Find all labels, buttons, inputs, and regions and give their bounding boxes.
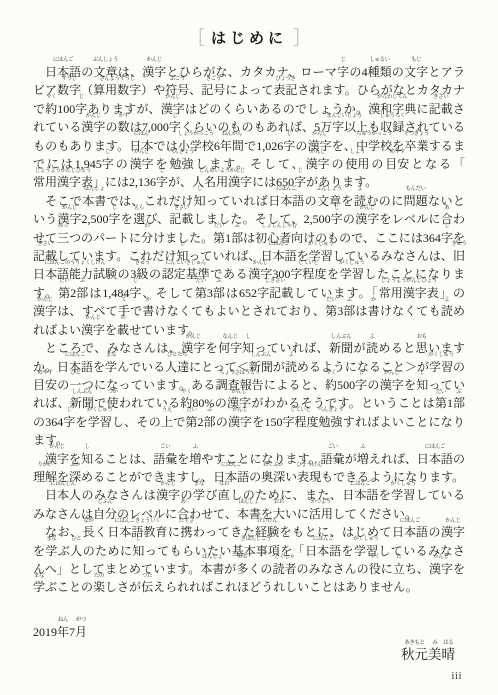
ruby-word: 第だい xyxy=(195,284,207,302)
ruby-word: 使用しよう xyxy=(345,155,369,173)
ruby-word: 第だい xyxy=(185,413,197,431)
ruby-word: 算用数字さんようすうじ xyxy=(93,81,141,99)
ruby-word: 漢字かんじ xyxy=(306,155,330,173)
ruby-word: 読よ xyxy=(441,302,453,320)
ruby-word: 分わ xyxy=(141,229,153,247)
ruby-word: 読よ xyxy=(285,358,297,376)
ruby-word: 活用かつよう xyxy=(309,505,333,523)
ruby-word: 字記載じきさい xyxy=(257,284,293,302)
ruby-word: 級きゅう xyxy=(136,265,148,283)
ruby-word: 数字すうじ xyxy=(57,81,81,99)
ruby-word: 部ぶ xyxy=(213,284,225,302)
ruby-word: 目安めやす xyxy=(33,376,57,394)
ruby-word: 年ねん xyxy=(57,623,69,641)
ruby-word: 字じ xyxy=(156,173,168,191)
ruby-word: 種類しゅるい xyxy=(368,63,392,81)
ruby-word: 字程度じていど xyxy=(290,265,326,283)
ruby-word: 漢字かんじ xyxy=(33,302,57,320)
ruby-word: 第だい xyxy=(435,394,447,412)
ruby-word: 目安めやす xyxy=(385,155,409,173)
ruby-word: 人ひと xyxy=(70,542,82,560)
ruby-word: 語彙ごい xyxy=(153,450,177,468)
ruby-word: 学まな xyxy=(33,578,45,596)
ruby-word: 語彙ごい xyxy=(321,450,345,468)
ruby-word: 選えら xyxy=(133,210,145,228)
ruby-word: 増ふ xyxy=(189,450,201,468)
ruby-word: 書か xyxy=(142,302,154,320)
ruby-word: 思おも xyxy=(416,339,428,357)
ruby-word: 知し xyxy=(81,450,93,468)
ruby-word: 直なお xyxy=(218,486,230,504)
ruby-word: 卒業そつぎょう xyxy=(404,137,428,155)
ruby-word: 役やく xyxy=(369,560,381,578)
ruby-word: 携たずさ xyxy=(180,523,192,541)
ruby-word: 三みっ xyxy=(57,229,69,247)
ruby-word: 学まな xyxy=(105,358,117,376)
ruby-word: 日本語能力試験にほんごのうりょくしけん xyxy=(33,265,117,283)
ruby-word: 日本人にほんじん xyxy=(45,486,81,504)
ruby-word: 学まな xyxy=(193,486,205,504)
ruby-word: 日本語にほんご xyxy=(342,486,378,504)
ruby-word: 漢字かんじ xyxy=(380,376,404,394)
ruby-word: 年間ねんかん xyxy=(220,137,244,155)
ruby-word: 月がつ xyxy=(75,623,87,641)
ruby-word: 奥深おくぶか xyxy=(261,468,285,486)
ruby-word: 漢字かんじ xyxy=(156,486,180,504)
date-line: 2019年ねん7月がつ xyxy=(33,623,465,641)
ruby-word: 部ぶ xyxy=(231,229,243,247)
page-number: iii xyxy=(451,670,462,682)
ruby-word: 新聞しんぶん xyxy=(329,339,353,357)
ruby-word: 第だい xyxy=(325,302,337,320)
ruby-word: 本書ほんしょ xyxy=(82,192,106,210)
ruby-word: 漢字かんじ xyxy=(429,560,453,578)
ruby-word: 立た xyxy=(393,560,405,578)
ruby-word: 勉強べんきょう xyxy=(319,413,343,431)
ruby-word: 約やく xyxy=(45,100,57,118)
ruby-word: 人達ひとたち xyxy=(165,358,189,376)
preface-page: ［はじめに］ 日本語にほんごの文章ぶんしょうは、漢字かんじとひらがな、カタカナ、… xyxy=(0,0,498,695)
ruby-word: 勉強べんきょう xyxy=(169,155,193,173)
ruby-word: 数かず xyxy=(118,118,130,136)
ruby-word: 常用漢字表じょうようかんじひょう xyxy=(379,284,439,302)
paragraph: なお、長ながく日本語教育にほんごきょういくに携たずさわってきた経験けいけんをもと… xyxy=(33,523,465,597)
ruby-word: 晴はる xyxy=(442,645,456,665)
title-open-bracket: ［ xyxy=(181,28,211,48)
ruby-word: 美み xyxy=(428,645,442,665)
ruby-word: 漢字かんじ xyxy=(81,118,105,136)
ruby-word: 日本語にほんご xyxy=(305,542,341,560)
ruby-word: 自分じぶん xyxy=(93,505,117,523)
ruby-word: 表記ひょうき xyxy=(274,81,298,99)
ruby-word: 第だい xyxy=(58,284,70,302)
ruby-word: 旧きゅう xyxy=(453,247,465,265)
ruby-word: 学習がくしゅう xyxy=(88,413,112,431)
ruby-word: 記載きさい xyxy=(169,210,193,228)
ruby-word: 長なが xyxy=(82,523,94,541)
ruby-word: 表現ひょうげん xyxy=(297,468,321,486)
ruby-word: 約やく xyxy=(325,376,337,394)
ruby-word: 書か xyxy=(368,302,380,320)
ruby-word: 字じ xyxy=(129,284,141,302)
ruby-word: 日本語にほんご xyxy=(417,450,453,468)
ruby-word: 記号きごう xyxy=(201,81,225,99)
ruby-word: 部ぶ xyxy=(453,394,465,412)
paragraph: ところで、みなさんは、漢字かんじを何字なんじ知しっていれば、新聞しんぶんが読よめ… xyxy=(33,339,465,449)
ruby-word: 多おお xyxy=(236,560,248,578)
ruby-word: 漢字かんじ xyxy=(228,413,252,431)
ruby-word: 知し xyxy=(194,192,206,210)
ruby-word: 部ぶ xyxy=(203,413,215,431)
ruby-word: 問題もんだい xyxy=(404,192,428,210)
ruby-word: 載の xyxy=(117,321,129,339)
ruby-word: 本書ほんしょ xyxy=(200,560,224,578)
ruby-word: 知し xyxy=(132,542,144,560)
ruby-word: 知し xyxy=(416,376,428,394)
ruby-word: 字じ xyxy=(109,210,121,228)
ruby-word: 学習がくしゅう xyxy=(429,358,453,376)
ruby-word: 日本語にほんご xyxy=(392,523,428,541)
paragraph: 日本語にほんごの文章ぶんしょうは、漢字かんじとひらがな、カタカナ、ローマ字じの4… xyxy=(33,63,465,192)
paragraph: そこで本書ほんしょでは、これだけ知しっていれば日本語にほんごの文章ぶんしょうを読… xyxy=(33,192,465,339)
ruby-word: 字じ xyxy=(337,63,349,81)
ruby-word: 部ぶ xyxy=(76,284,88,302)
ruby-word: 上うえ xyxy=(161,413,173,431)
ruby-word: 学まな xyxy=(45,542,57,560)
preface-body: 日本語にほんごの文章ぶんしょうは、漢字かんじとひらがな、カタカナ、ローマ字じの4… xyxy=(33,63,465,597)
ruby-word: 漢字かんじ xyxy=(355,210,379,228)
ruby-word: 増ふ xyxy=(357,450,369,468)
author-name: 秋元あきもと美み晴はる xyxy=(33,645,465,665)
ruby-word: 字じ xyxy=(283,137,295,155)
page-title-text: はじめに xyxy=(211,31,287,47)
ruby-word: 字程度じていど xyxy=(282,413,318,431)
ruby-word: 伝つた xyxy=(141,578,153,596)
ruby-word: 文字もじ xyxy=(404,63,428,81)
ruby-word: 何字なんじ xyxy=(218,339,242,357)
ruby-word: 楽たの xyxy=(93,578,105,596)
page-title: ［はじめに］ xyxy=(33,27,465,50)
ruby-word: 漢字かんじ xyxy=(441,523,465,541)
ruby-word: 字じ xyxy=(102,155,114,173)
ruby-word: 読よ xyxy=(366,339,378,357)
ruby-word: 秋元あきもと xyxy=(401,645,428,665)
ruby-word: 学習がくしゅう xyxy=(340,265,364,283)
ruby-word: 部ぶ xyxy=(343,302,355,320)
ruby-word: 学習がくしゅう xyxy=(391,486,415,504)
ruby-word: 日本語にほんご xyxy=(268,192,304,210)
ruby-word: 読者どくしゃ xyxy=(272,560,296,578)
ruby-word: 字じ xyxy=(63,413,75,431)
ruby-word: 第だい xyxy=(213,229,225,247)
ruby-word: 記載きさい xyxy=(429,100,453,118)
title-close-bracket: ］ xyxy=(287,28,317,48)
ruby-word: 字じ xyxy=(355,376,367,394)
ruby-word: 漢字かんじ xyxy=(142,63,166,81)
ruby-word: 漢字かんじ xyxy=(81,321,105,339)
ruby-word: 字じ xyxy=(331,210,343,228)
ruby-word: 漢字かんじ xyxy=(130,155,154,173)
